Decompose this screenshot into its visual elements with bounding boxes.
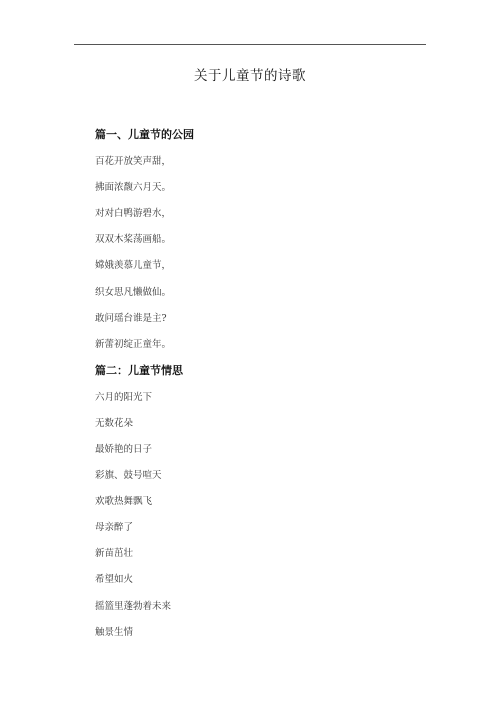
poem-line: 嫦娥羡慕儿童节， bbox=[95, 257, 171, 271]
poem-line: 欢歌热舞飘飞 bbox=[95, 493, 152, 507]
poem-line: 双双木桨荡画船。 bbox=[95, 231, 171, 245]
poem-line: 对对白鸭游碧水， bbox=[95, 205, 171, 219]
poem-line: 敢问瑶台谁是主? bbox=[95, 310, 167, 324]
poem-line: 希望如火 bbox=[95, 571, 133, 585]
poem-line: 最娇艳的日子 bbox=[95, 441, 152, 455]
header-rule bbox=[74, 44, 426, 45]
poem-line: 彩旗、鼓号喧天 bbox=[95, 467, 162, 481]
document-title: 关于儿童节的诗歌 bbox=[0, 64, 500, 84]
poem-line: 母亲醉了 bbox=[95, 519, 133, 533]
poem-line: 六月的阳光下 bbox=[95, 389, 152, 403]
poem-line: 拂面浓馥六月天。 bbox=[95, 179, 171, 193]
poem-line: 无数花朵 bbox=[95, 415, 133, 429]
poem-line: 摇篮里蓬勃着未来 bbox=[95, 598, 171, 612]
poem-line: 触景生情 bbox=[95, 624, 133, 638]
poem-line: 百花开放笑声甜， bbox=[95, 153, 171, 167]
section-heading: 篇一、儿童节的公园 bbox=[95, 126, 194, 142]
poem-line: 织女思凡懒做仙。 bbox=[95, 284, 171, 298]
poem-line: 新苗茁壮 bbox=[95, 545, 133, 559]
section-heading: 篇二：儿童节情思 bbox=[95, 362, 183, 378]
poem-line: 新蕾初绽正童年。 bbox=[95, 336, 171, 350]
